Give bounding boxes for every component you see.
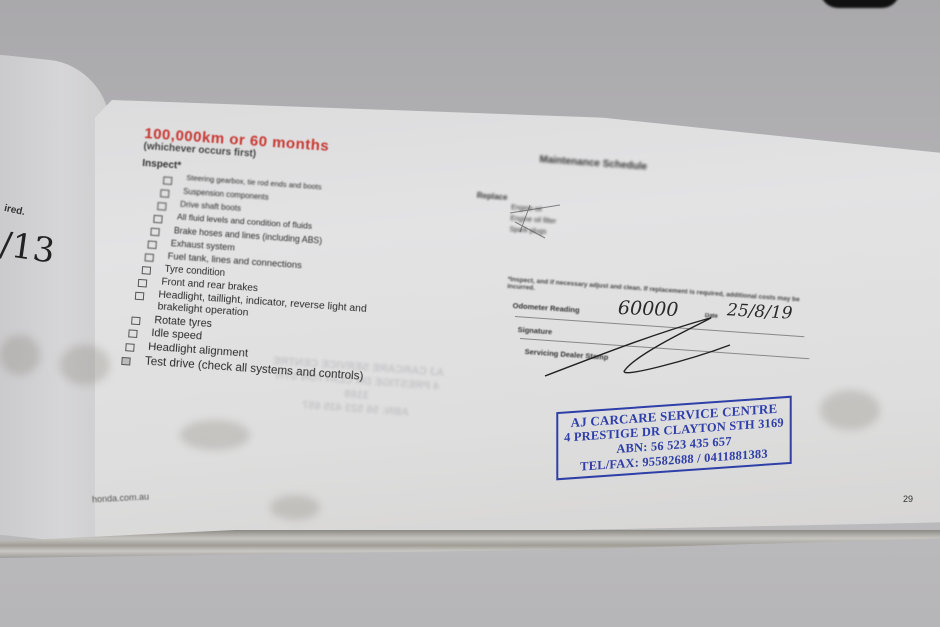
smudge (270, 495, 320, 520)
checkbox[interactable] (125, 343, 135, 352)
smudge (0, 335, 40, 375)
checkbox[interactable] (147, 240, 157, 249)
checkbox[interactable] (128, 329, 138, 338)
date-label: Date (705, 313, 718, 320)
left-page-handwriting: /13 (0, 224, 57, 271)
service-booklet: ired. /13 AJ CARCARE SERVICE CENTRE 4 PR… (0, 0, 940, 627)
odometer-value: 60000 (618, 297, 679, 321)
smudge (60, 345, 110, 385)
smudge (180, 420, 250, 450)
checkbox[interactable] (157, 202, 167, 211)
page-number: 29 (903, 494, 913, 504)
checkbox[interactable] (131, 316, 141, 325)
checkbox[interactable] (141, 266, 151, 275)
checkbox[interactable] (160, 189, 170, 198)
checkbox[interactable] (154, 215, 164, 224)
checkbox[interactable] (135, 292, 145, 301)
checkbox[interactable] (138, 279, 148, 288)
date-value: 25/8/19 (727, 300, 794, 323)
left-page (0, 54, 110, 547)
inspect-checklist: Steering gearbox, tie rod ends and boots… (128, 171, 413, 386)
checkbox[interactable] (144, 253, 154, 262)
service-schedule: 100,000km or 60 months (whichever occurs… (128, 125, 416, 387)
checkbox[interactable] (122, 357, 132, 366)
checkbox[interactable] (150, 228, 160, 237)
smudge (820, 390, 880, 430)
maintenance-section: Maintenance Schedule Replace Engine oilE… (474, 150, 647, 245)
checkbox[interactable] (163, 176, 173, 185)
